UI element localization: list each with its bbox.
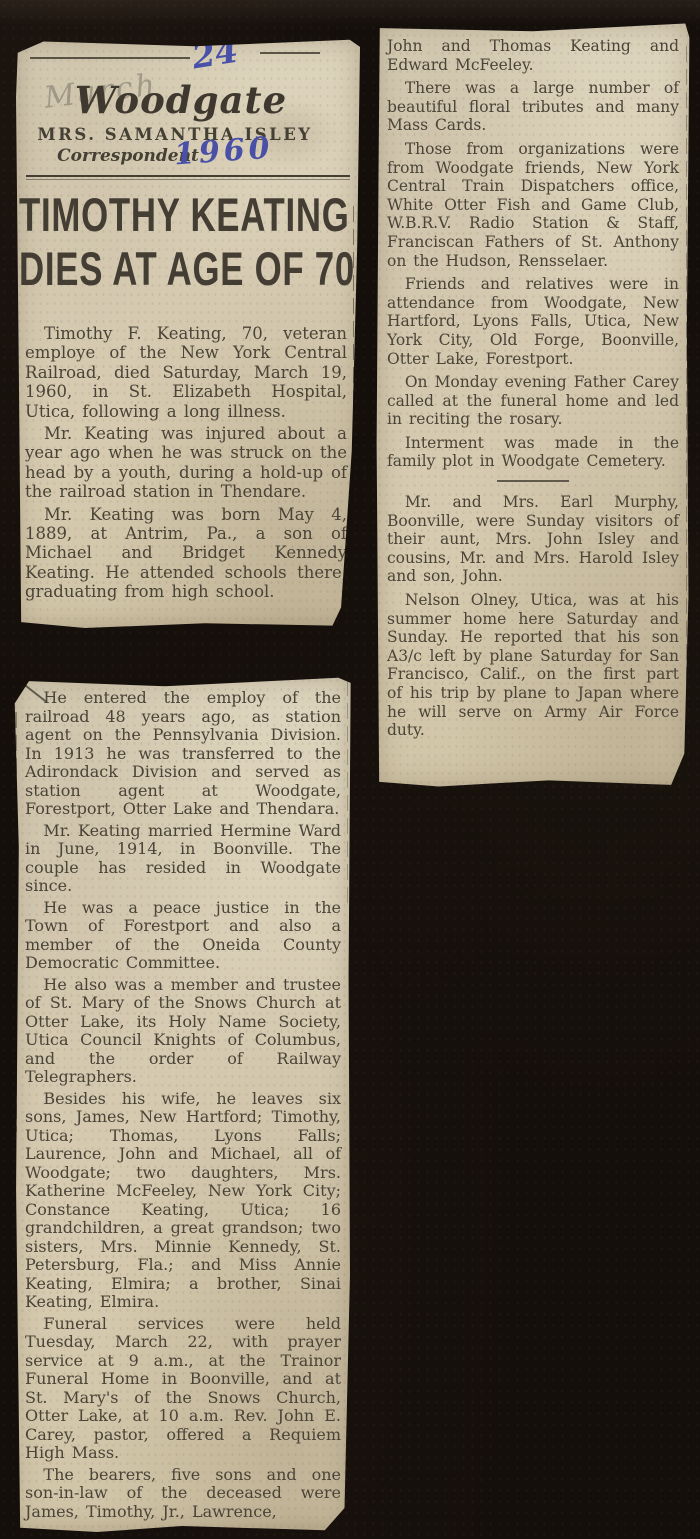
paragraph: Friends and relatives were in attendance… [387,275,679,368]
paragraph: Mr. Keating married Hermine Ward in June… [25,822,341,896]
masthead-top-rule-left [30,57,190,59]
paragraph: Nelson Olney, Utica, was at his summer h… [387,591,679,740]
masthead-top-rule-right [260,52,320,54]
paragraph: Those from organizations were from Woodg… [387,140,679,270]
paragraph: Timothy F. Keating, 70, veteran employe … [25,324,347,421]
section-divider-rule [497,480,569,482]
headline-line2: DIES AT AGE OF 70 [19,242,355,296]
clipping-obituary-top: March 24 Woodgate MRS. SAMANTHA ISLEY Co… [16,38,360,628]
paragraph: Mr. Keating was born May 4, 1889, at Ant… [25,505,347,602]
clipping-obituary-bottom: He entered the employ of the railroad 48… [12,676,352,1532]
paragraph: Besides his wife, he leaves six sons, Ja… [25,1090,341,1312]
column-rule [686,46,688,718]
paragraph: On Monday evening Father Carey called at… [387,373,679,429]
obituary-column2: He entered the employ of the railroad 48… [25,689,341,1524]
handwritten-year: 1960 [173,131,275,173]
paragraph: He was a peace justice in the Town of Fo… [25,899,341,973]
paragraph: Mr. and Mrs. Earl Murphy, Boonville, wer… [387,493,679,586]
paragraph: He entered the employ of the railroad 48… [25,689,341,819]
column-rule [15,712,17,1132]
paragraph: John and Thomas Keating and Edward McFee… [387,37,679,74]
column-rule [347,680,349,910]
masthead-bottom-rule [26,175,350,181]
handwritten-day: 24 [189,31,240,77]
paragraph: Funeral services were held Tuesday, Marc… [25,1315,341,1463]
paragraph: Mr. Keating was injured about a year ago… [25,424,347,502]
obituary-column3: John and Thomas Keating and Edward McFee… [387,37,679,745]
obituary-column1: Timothy F. Keating, 70, veteran employe … [25,324,347,605]
paragraph: He also was a member and trustee of St. … [25,976,341,1087]
column-rule [353,206,355,622]
paragraph: Interment was made in the family plot in… [387,434,679,471]
headline-line1: TIMOTHY KEATING [19,188,355,242]
masthead-title: Woodgate [16,78,346,122]
paragraph: The bearers, five sons and one son-in-la… [25,1466,341,1522]
scrapbook-page: March 24 Woodgate MRS. SAMANTHA ISLEY Co… [0,0,700,1539]
paragraph: There was a large number of beautiful fl… [387,79,679,135]
clipping-obituary-right: John and Thomas Keating and Edward McFee… [376,22,690,788]
